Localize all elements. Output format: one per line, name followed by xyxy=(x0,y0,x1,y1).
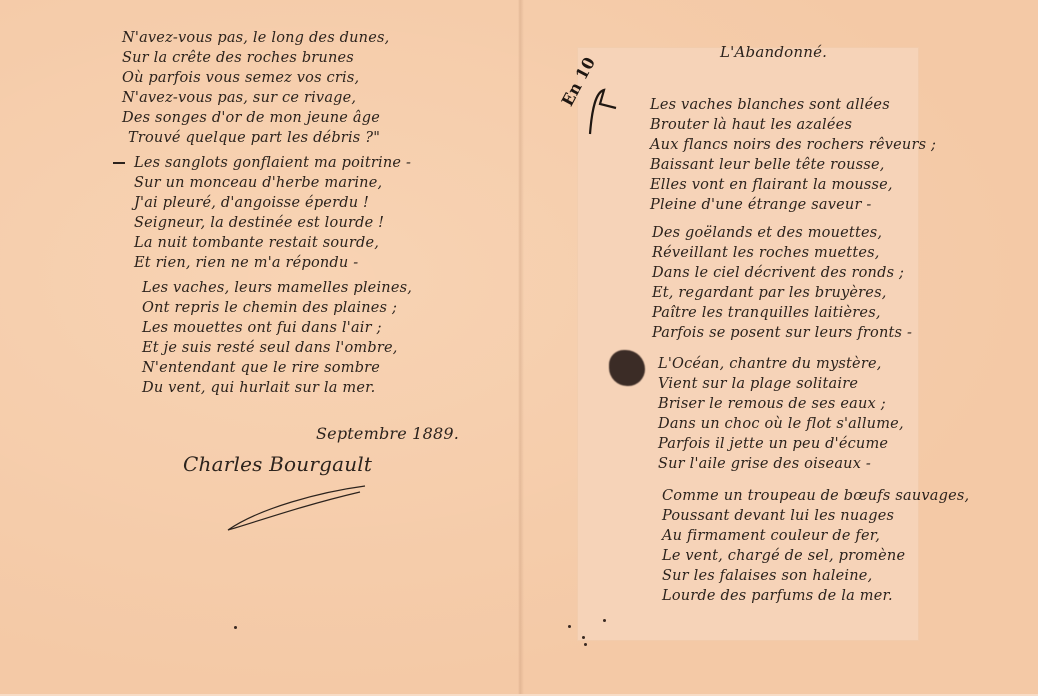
verse-line: Parfois il jette un peu d'écume xyxy=(658,434,904,454)
right-stanza-2: Des goëlands et des mouettes, Réveillant… xyxy=(652,223,912,343)
right-stanza-1: Les vaches blanches sont allées Brouter … xyxy=(650,95,936,215)
verse-line: Parfois se posent sur leurs fronts - xyxy=(652,323,912,343)
left-stanza-1: N'avez-vous pas, le long des dunes, Sur … xyxy=(122,28,389,148)
verse-line: Brouter là haut les azalées xyxy=(650,115,936,135)
verse-line: N'entendant que le rire sombre xyxy=(142,358,412,378)
verse-line: Briser le remous de ses eaux ; xyxy=(658,394,904,414)
verse-line: Ont repris le chemin des plaines ; xyxy=(142,298,412,318)
verse-line: Et rien, rien ne m'a répondu - xyxy=(134,253,411,273)
verse-line: Où parfois vous semez vos cris, xyxy=(122,68,389,88)
verse-line: Au firmament couleur de fer, xyxy=(662,526,969,546)
left-stanza-3: Les vaches, leurs mamelles pleines, Ont … xyxy=(142,278,412,398)
verse-line: Seigneur, la destinée est lourde ! xyxy=(134,213,411,233)
ink-speck xyxy=(603,619,606,622)
verse-line: N'avez-vous pas, sur ce rivage, xyxy=(122,88,389,108)
ink-speck xyxy=(568,625,571,628)
right-page: En 10 L'Abandonné. Les vaches blanches s… xyxy=(522,0,1038,694)
verse-line: Vient sur la plage solitaire xyxy=(658,374,904,394)
stanza-dash-mark xyxy=(113,162,125,164)
right-stanza-4: Comme un troupeau de bœufs sauvages, Pou… xyxy=(662,486,969,606)
left-stanza-2: Les sanglots gonflaient ma poitrine - Su… xyxy=(134,153,411,273)
verse-line: L'Océan, chantre du mystère, xyxy=(658,354,904,374)
verse-line: Paître les tranquilles laitières, xyxy=(652,303,912,323)
verse-line: Aux flancs noirs des rochers rêveurs ; xyxy=(650,135,936,155)
signature-flourish-icon xyxy=(220,478,370,538)
poem-title: L'Abandonné. xyxy=(720,43,827,61)
left-page: N'avez-vous pas, le long des dunes, Sur … xyxy=(0,0,520,694)
ink-speck xyxy=(234,626,237,629)
verse-line: Les vaches blanches sont allées xyxy=(650,95,936,115)
manuscript-sheet: N'avez-vous pas, le long des dunes, Sur … xyxy=(0,0,1038,696)
verse-line: J'ai pleuré, d'angoisse éperdu ! xyxy=(134,193,411,213)
right-stanza-3: L'Océan, chantre du mystère, Vient sur l… xyxy=(658,354,904,474)
verse-line: Et, regardant par les bruyères, xyxy=(652,283,912,303)
verse-line: Trouvé quelque part les débris ?" xyxy=(122,128,389,148)
author-signature: Charles Bourgault xyxy=(183,452,372,476)
verse-line: Des songes d'or de mon jeune âge xyxy=(122,108,389,128)
verse-line: Pleine d'une étrange saveur - xyxy=(650,195,936,215)
verse-line: La nuit tombante restait sourde, xyxy=(134,233,411,253)
verse-line: Les sanglots gonflaient ma poitrine - xyxy=(134,153,411,173)
verse-line: Baissant leur belle tête rousse, xyxy=(650,155,936,175)
verse-line: Et je suis resté seul dans l'ombre, xyxy=(142,338,412,358)
verse-line: N'avez-vous pas, le long des dunes, xyxy=(122,28,389,48)
verse-line: Des goëlands et des mouettes, xyxy=(652,223,912,243)
ink-blot xyxy=(609,350,645,386)
verse-line: Les vaches, leurs mamelles pleines, xyxy=(142,278,412,298)
annotation-stroke-icon xyxy=(582,78,622,138)
verse-line: Du vent, qui hurlait sur la mer. xyxy=(142,378,412,398)
ink-speck xyxy=(584,643,587,646)
verse-line: Sur les falaises son haleine, xyxy=(662,566,969,586)
verse-line: Comme un troupeau de bœufs sauvages, xyxy=(662,486,969,506)
verse-line: Lourde des parfums de la mer. xyxy=(662,586,969,606)
verse-line: Poussant devant lui les nuages xyxy=(662,506,969,526)
verse-line: Dans le ciel décrivent des ronds ; xyxy=(652,263,912,283)
verse-line: Les mouettes ont fui dans l'air ; xyxy=(142,318,412,338)
verse-line: Sur un monceau d'herbe marine, xyxy=(134,173,411,193)
verse-line: Réveillant les roches muettes, xyxy=(652,243,912,263)
poem-date: Septembre 1889. xyxy=(316,424,459,443)
ink-speck xyxy=(582,636,585,639)
verse-line: Le vent, chargé de sel, promène xyxy=(662,546,969,566)
verse-line: Dans un choc où le flot s'allume, xyxy=(658,414,904,434)
verse-line: Sur la crête des roches brunes xyxy=(122,48,389,68)
verse-line: Elles vont en flairant la mousse, xyxy=(650,175,936,195)
verse-line: Sur l'aile grise des oiseaux - xyxy=(658,454,904,474)
